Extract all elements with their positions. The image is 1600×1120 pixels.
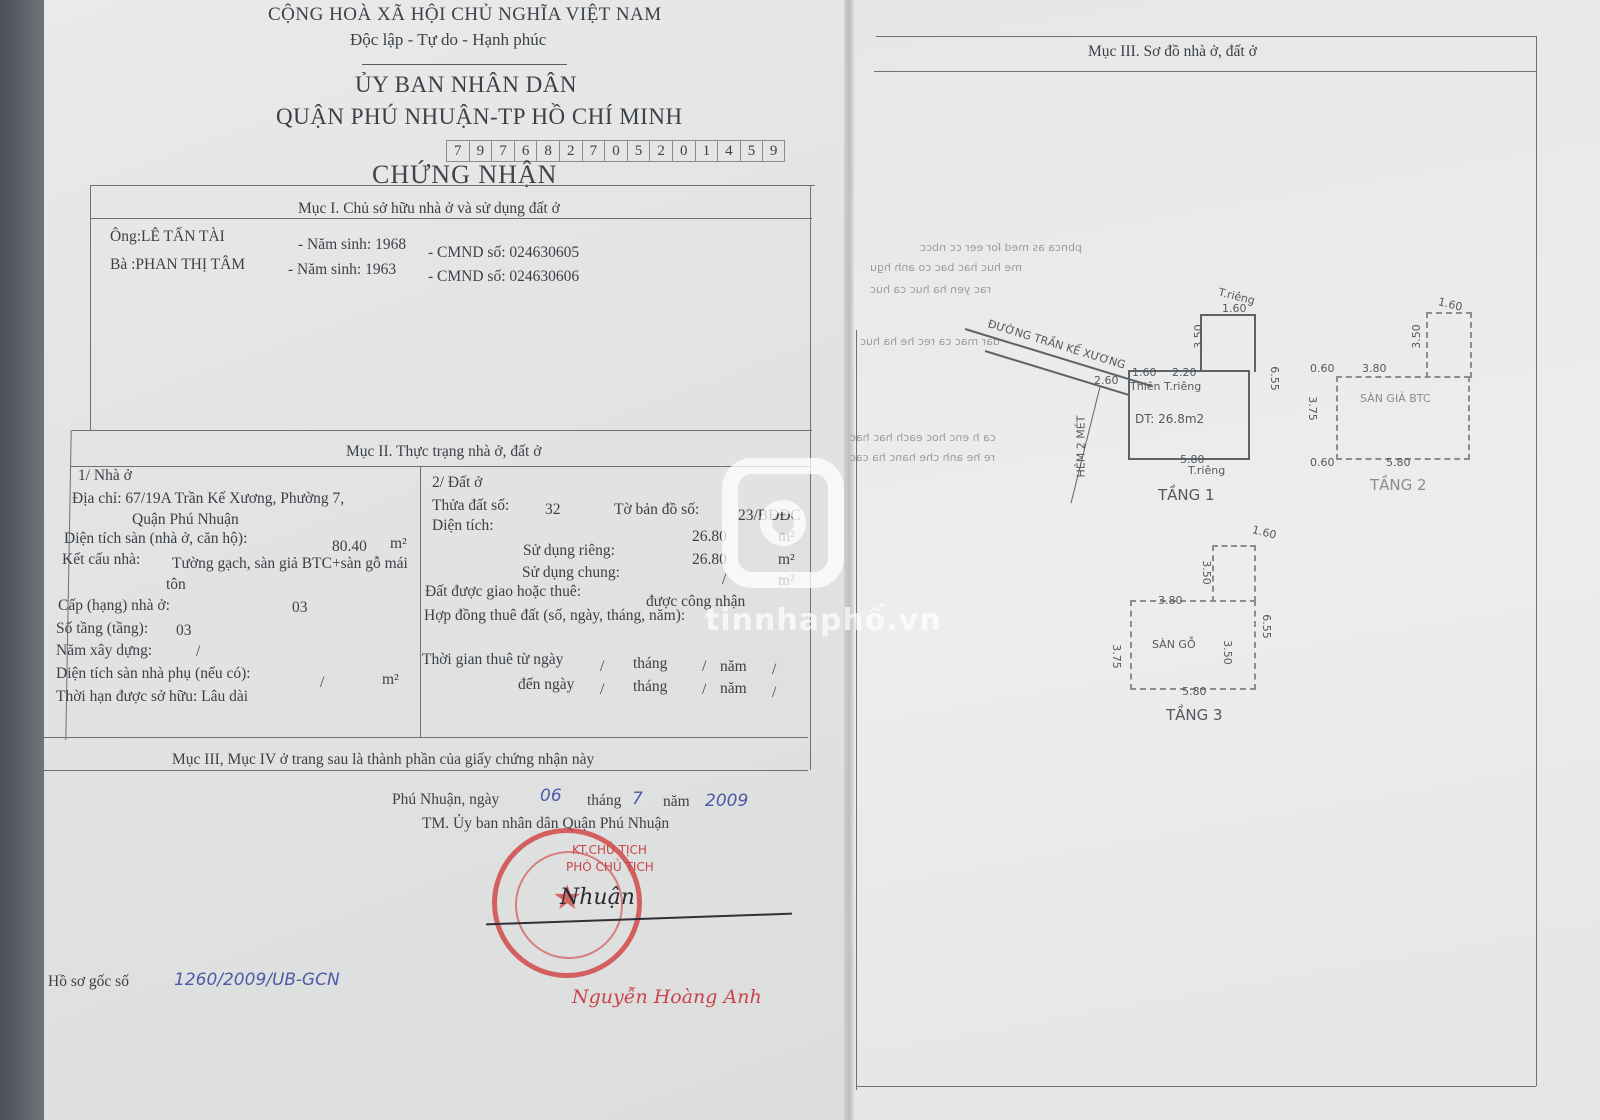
signer-name: Nguyễn Hoàng Anh bbox=[572, 986, 762, 1008]
motto-underline bbox=[362, 64, 567, 65]
house-address-line2: Quận Phú Nhuận bbox=[132, 511, 239, 529]
floor3-room: SÀN GỖ bbox=[1152, 638, 1196, 651]
floor2-label: TẦNG 2 bbox=[1370, 476, 1427, 494]
owner-1-birth: - Năm sinh: 1968 bbox=[298, 236, 406, 254]
floor2-plan-main bbox=[1336, 376, 1470, 460]
floor-area-unit: m² bbox=[390, 535, 407, 553]
section2-heading: Mục II. Thực trạng nhà ở, đất ở bbox=[346, 443, 541, 461]
national-header: CỘNG HOÀ XÃ HỘI CHỦ NGHĨA VIỆT NAM bbox=[268, 4, 662, 26]
section2-divider bbox=[70, 466, 810, 467]
floor1-label: TẦNG 1 bbox=[1158, 486, 1215, 504]
page-fold bbox=[844, 0, 854, 1120]
section1-divider bbox=[90, 218, 812, 219]
floor-area-value: 80.40 bbox=[332, 538, 367, 556]
parcel-label: Thửa đất số: bbox=[432, 497, 509, 515]
right-border-top bbox=[876, 36, 1536, 37]
watermark-text: tinnhaphố.vn bbox=[705, 603, 942, 638]
floor1-plan-extension bbox=[1200, 314, 1256, 372]
structure-value-line2: tôn bbox=[166, 576, 186, 594]
serial-number: 7 9 7 6 8 2 7 0 5 2 0 1 4 5 9 bbox=[446, 140, 785, 162]
role-line2: PHÓ CHỦ TỊCH bbox=[566, 860, 654, 874]
floors-value: 03 bbox=[176, 622, 192, 640]
role-line1: KT.CHỦ TỊCH bbox=[572, 843, 647, 857]
floor1-area: DT: 26.8m2 bbox=[1135, 412, 1204, 426]
signing-place: Phú Nhuận, ngày bbox=[392, 791, 499, 809]
grade-value: 03 bbox=[292, 599, 308, 617]
structure-label: Kết cấu nhà: bbox=[62, 551, 140, 569]
table-left-border-bottom bbox=[38, 737, 39, 771]
section2-column-divider bbox=[420, 466, 421, 738]
land-area-label: Diện tích: bbox=[432, 517, 494, 535]
owner-2-name: PHAN THỊ TÂM bbox=[135, 256, 245, 273]
floor3-plan-extension bbox=[1212, 545, 1256, 602]
watermark-pin-icon bbox=[760, 500, 806, 546]
house-address: Địa chỉ: 67/19A Trần Kế Xương, Phường 7, bbox=[72, 490, 344, 508]
owner-2-birth: - Năm sinh: 1963 bbox=[288, 261, 396, 279]
footer-note: Mục III, Mục IV ở trang sau là thành phầ… bbox=[172, 751, 594, 769]
lease-contract-label: Hợp đồng thuê đất (số, ngày, tháng, năm)… bbox=[424, 607, 685, 625]
year-built-label: Năm xây dựng: bbox=[56, 642, 152, 660]
national-motto: Độc lập - Tự do - Hạnh phúc bbox=[350, 30, 546, 50]
floor-area-label: Diện tích sàn (nhà ở, căn hộ): bbox=[64, 530, 247, 548]
section1-heading: Mục I. Chủ sở hữu nhà ở và sử dụng đất ở bbox=[298, 200, 560, 218]
section2-top-border bbox=[72, 430, 812, 431]
signing-day: 06 bbox=[540, 786, 562, 806]
file-ref-label: Hồ sơ gốc số bbox=[48, 973, 129, 991]
map-sheet-label: Tờ bản đồ số: bbox=[614, 501, 699, 519]
lease-to-label: đến ngày bbox=[518, 676, 574, 694]
shared-use-label: Sử dụng chung: bbox=[522, 564, 620, 582]
owner-1-name: LÊ TẤN TÀI bbox=[141, 228, 225, 245]
aux-area-unit: m² bbox=[382, 671, 399, 689]
signing-year: 2009 bbox=[705, 791, 748, 811]
year-built-value: / bbox=[196, 643, 200, 661]
aux-area-value: / bbox=[320, 674, 324, 692]
file-ref-value: 1260/2009/UB-GCN bbox=[174, 970, 340, 990]
right-border-right bbox=[1536, 36, 1537, 1086]
section2-bottom-border bbox=[40, 737, 808, 738]
section3-heading: Mục III. Sơ đồ nhà ở, đất ở bbox=[1088, 43, 1257, 61]
ownership-term: Thời hạn được sở hữu: Lâu dài bbox=[56, 688, 248, 706]
signing-month: 7 bbox=[632, 789, 643, 809]
floor3-label: TẦNG 3 bbox=[1166, 706, 1223, 724]
table-left-border-upper bbox=[90, 185, 91, 430]
grade-label: Cấp (hạng) nhà ở: bbox=[58, 597, 170, 615]
land-title: 2/ Đất ở bbox=[432, 474, 482, 492]
allocation-label: Đất được giao hoặc thuê: bbox=[425, 583, 581, 601]
parcel-value: 32 bbox=[545, 501, 561, 519]
lease-from-label: Thời gian thuê từ ngày bbox=[422, 651, 563, 669]
signature: Nhuận bbox=[560, 885, 635, 910]
authority-line1: ỦY BAN NHÂN DÂN bbox=[355, 72, 577, 98]
background-edge bbox=[0, 0, 44, 1120]
structure-value: Tường gạch, sàn giả BTC+sàn gỗ mái bbox=[172, 555, 408, 573]
floor2-room: SÀN GIẢ BTC bbox=[1360, 392, 1431, 405]
right-heading-divider bbox=[874, 71, 1536, 72]
private-use-label: Sử dụng riêng: bbox=[523, 542, 615, 560]
owner-1-id: - CMND số: 024630605 bbox=[428, 244, 579, 262]
alley-label: HẺM 2 MÉT bbox=[1074, 416, 1087, 478]
table-border-bottom bbox=[38, 770, 808, 771]
owner-2-id: - CMND số: 024630606 bbox=[428, 268, 579, 286]
house-title: 1/ Nhà ở bbox=[78, 467, 132, 485]
owner-2: Bà :PHAN THỊ TÂM bbox=[110, 256, 245, 274]
table-border-top bbox=[90, 185, 815, 186]
owner-1: Ông:LÊ TẤN TÀI bbox=[110, 228, 225, 246]
floor2-plan-extension bbox=[1426, 312, 1472, 378]
floors-label: Số tầng (tầng): bbox=[56, 620, 148, 638]
aux-area-label: Diện tích sàn nhà phụ (nếu có): bbox=[56, 665, 251, 683]
right-border-bottom bbox=[856, 1086, 1536, 1087]
authority-line2: QUẬN PHÚ NHUẬN-TP HỒ CHÍ MINH bbox=[276, 104, 683, 130]
